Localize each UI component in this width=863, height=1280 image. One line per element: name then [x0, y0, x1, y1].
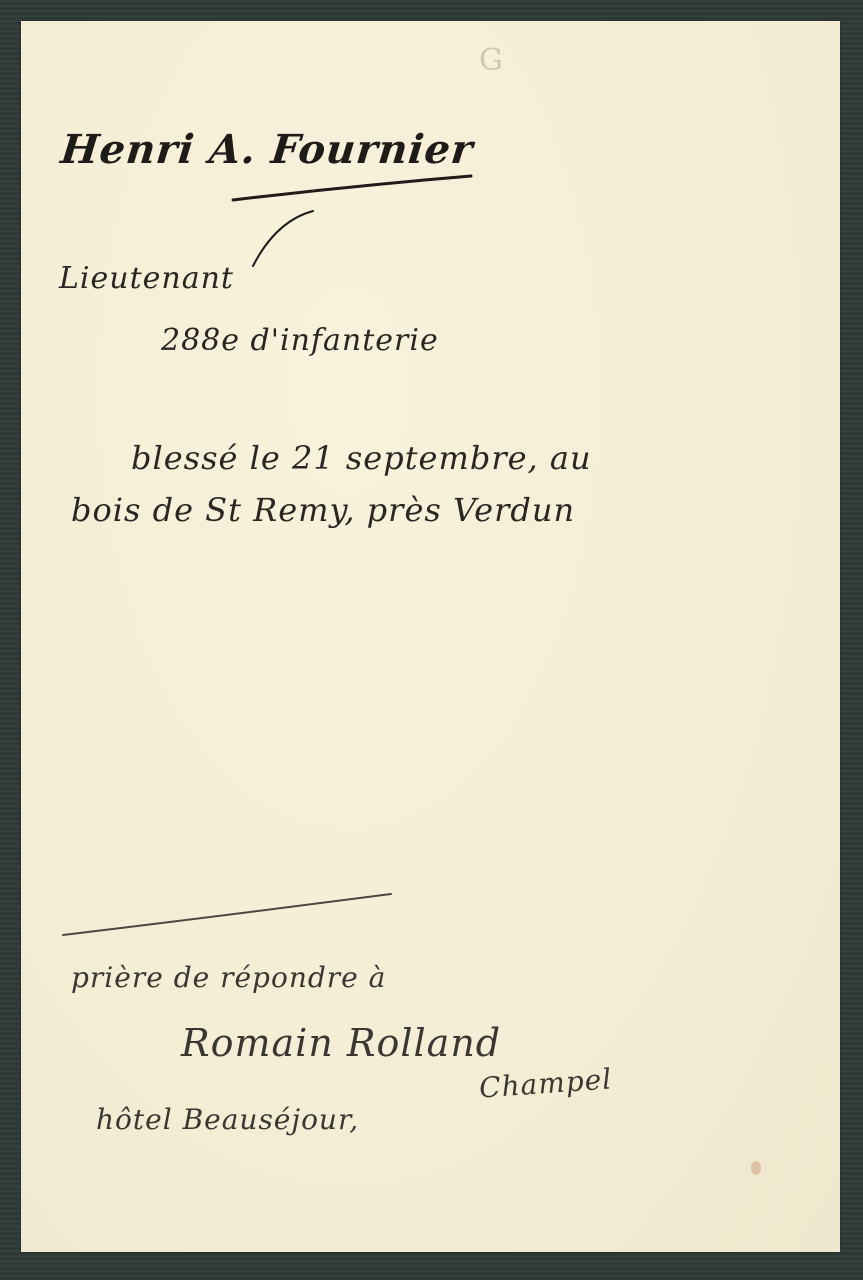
rank: Lieutenant — [59, 261, 234, 296]
paper-sheet: G Henri A. Fournier Lieutenant 288e d'in… — [21, 21, 840, 1252]
wound-line-1: blessé le 21 septembre, au — [131, 439, 592, 477]
name-underline — [233, 176, 471, 200]
reply-recipient-name: Romain Rolland — [181, 1021, 501, 1065]
regiment: 288e d'infanterie — [161, 323, 439, 358]
pencil-mark: G — [479, 43, 504, 78]
reply-address: hôtel Beauséjour, — [96, 1103, 359, 1136]
divider-line — [63, 894, 391, 935]
ink-strokes — [21, 21, 840, 1252]
author-name: Henri A. Fournier — [59, 126, 476, 173]
wound-line-2: bois de St Remy, près Verdun — [71, 491, 575, 529]
rank-flourish — [253, 211, 313, 266]
paper-stain — [751, 1161, 761, 1175]
reply-label: prière de répondre à — [71, 961, 386, 994]
